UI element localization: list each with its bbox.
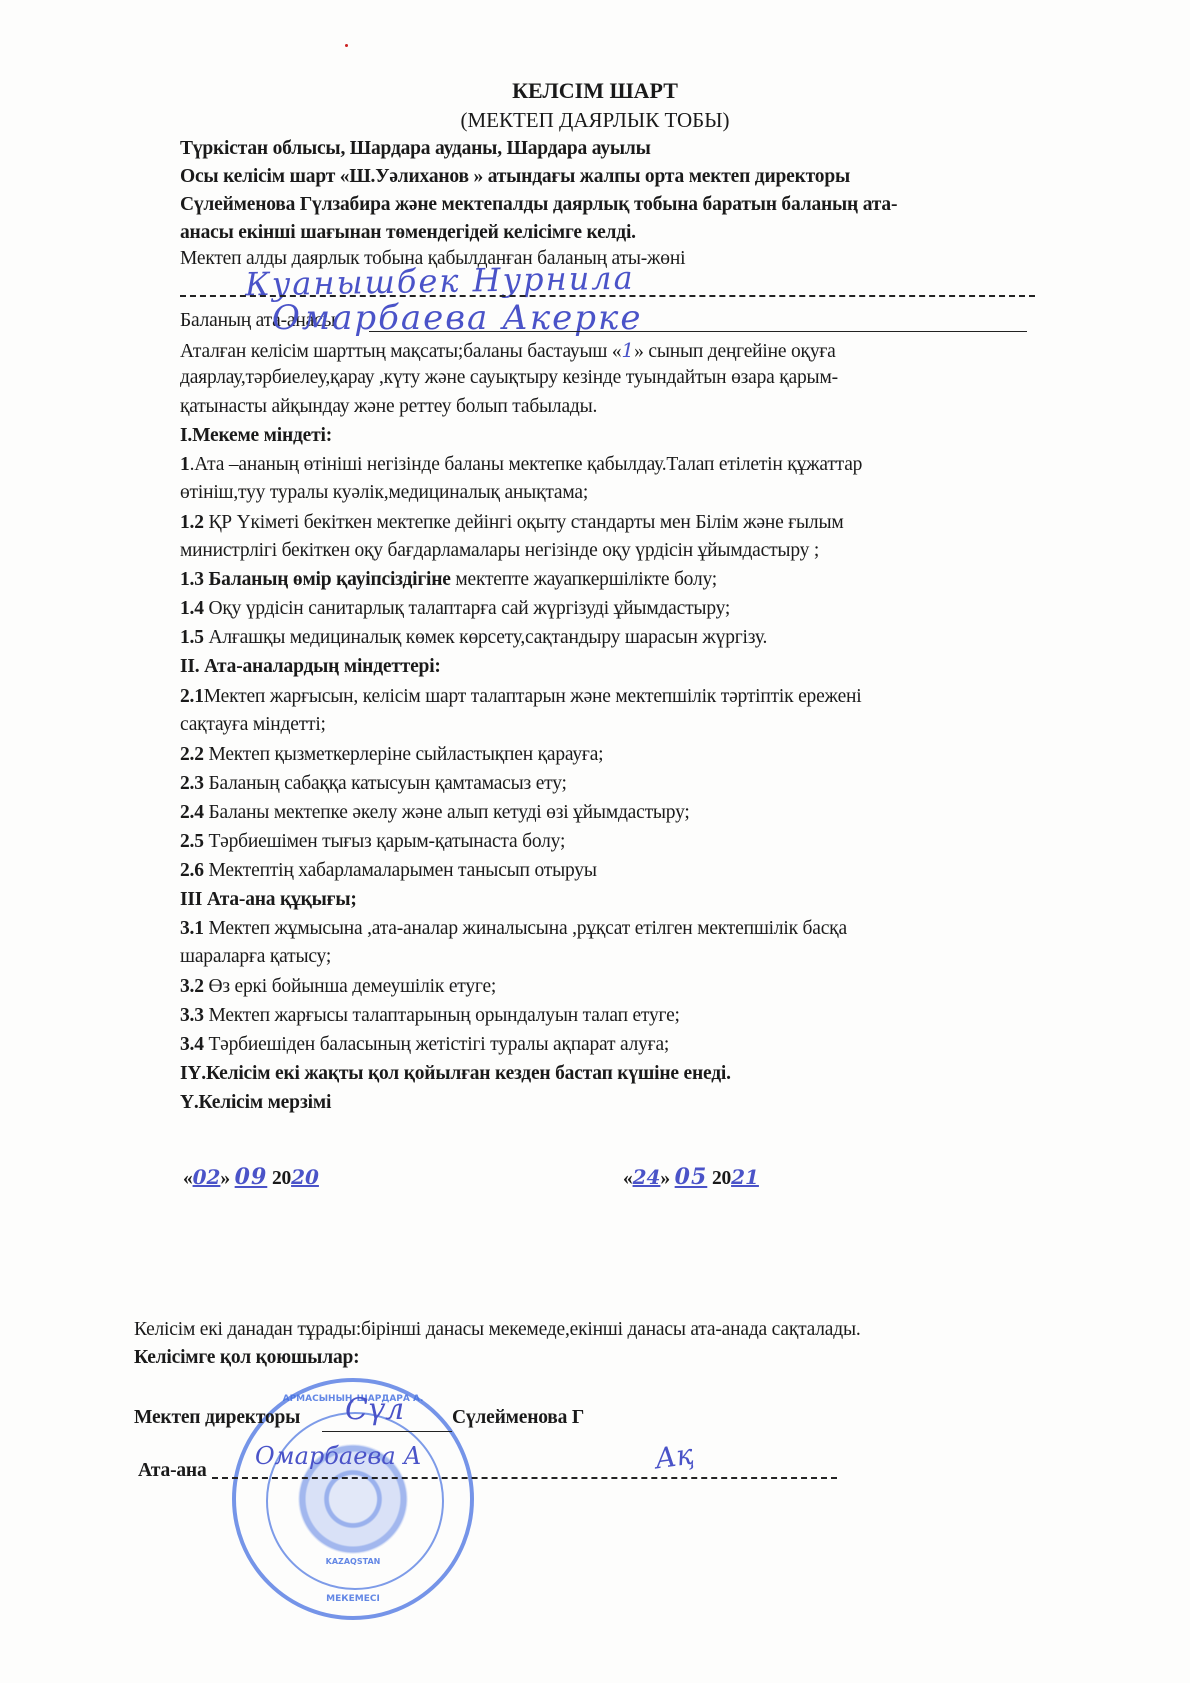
term-start-date: «02» 09 2020 (183, 1164, 319, 1190)
item-2-3: 2.3 Баланың сабаққа катысуын қамтамасыз … (180, 773, 567, 795)
end-month: 05 (675, 1164, 708, 1190)
document-title: КЕЛСІМ ШАРТ (0, 78, 1190, 104)
purpose-text-a: Аталған келісім шарттың мақсаты;баланы б… (180, 341, 621, 362)
purpose-line-1: Аталған келісім шарттың мақсаты;баланы б… (180, 338, 836, 363)
location-line: Түркістан облысы, Шардара ауданы, Шардар… (180, 138, 651, 160)
purpose-line-3: қатынасты айқындау және реттеу болып таб… (180, 396, 597, 418)
item-2-1-line-1: 2.1Мектеп жарғысын, келісім шарт талапта… (180, 686, 861, 708)
stamp-bottom-text: МЕКЕМЕСІ (236, 1594, 470, 1604)
item-1-1-line-2: өтініш,туу туралы куәлік,медициналық аны… (180, 482, 588, 504)
director-signature-line[interactable] (322, 1431, 452, 1432)
item-2-2: 2.2 Мектеп қызметкерлеріне сыйластықпен … (180, 744, 603, 766)
document-subtitle: (МЕКТЕП ДАЯРЛЫК ТОБЫ) (0, 108, 1190, 133)
term-end-date: «24» 05 2021 (623, 1164, 759, 1190)
parent-field-line[interactable] (369, 331, 1027, 332)
item-2-4: 2.4 Баланы мектепке әкелу және алып кету… (180, 802, 690, 824)
section-2-heading: ІІ. Ата-аналардың міндеттері: (180, 656, 441, 678)
item-2-1-line-2: сақтауға міндетті; (180, 714, 326, 736)
copies-note: Келісім екі данадан тұрады:бірінші данас… (134, 1319, 861, 1341)
start-day: 02 (193, 1165, 221, 1189)
section-3-heading: ІІІ Ата-ана құқығы; (180, 889, 357, 911)
item-1-3: 1.3 Баланың өмір қауіпсіздігіне мектепте… (180, 569, 717, 591)
item-1-5: 1.5 Алғашқы медициналық көмек көрсету,са… (180, 627, 767, 649)
item-1-2-line-1: 1.2 ҚР Үкіметі бекіткен мектепке дейінгі… (180, 512, 844, 534)
item-3-1-line-2: шараларға қатысу; (180, 946, 331, 968)
scan-speck (345, 44, 348, 47)
section-4-heading: ІҮ.Келісім екі жақты қол қойылған кезден… (180, 1063, 731, 1085)
intro-line-3: анасы екінші шағынан төмендегідей келісі… (180, 222, 636, 244)
grade-handwritten: 1 (621, 338, 634, 362)
parent-initials-signature: Ақ (653, 1438, 695, 1476)
section-1-heading: І.Мекеме міндеті: (180, 425, 332, 447)
purpose-line-2: даярлау,тәрбиелеу,қарау ,күту және сауық… (180, 367, 838, 389)
item-2-6: 2.6 Мектептің хабарламаларымен танысып о… (180, 860, 597, 882)
intro-line-2: Сүлейменова Гүлзабира және мектепалды да… (180, 194, 897, 216)
child-name-field-line[interactable] (180, 295, 1035, 297)
item-2-5: 2.5 Тәрбиешімен тығыз қарым-қатынаста бо… (180, 831, 565, 853)
signatories-heading: Келісімге қол қоюшылар: (134, 1347, 359, 1369)
director-name: Сүлейменова Г (452, 1407, 584, 1429)
item-1-2-line-2: министрлігі бекіткен оқу бағдарламалары … (180, 540, 819, 562)
item-1-4: 1.4 Оқу үрдісін санитарлық талаптарға са… (180, 598, 730, 620)
end-day: 24 (633, 1165, 661, 1189)
item-3-3: 3.3 Мектеп жарғысы талаптарының орындалу… (180, 1005, 680, 1027)
intro-line-1: Осы келісім шарт «Ш.Уәлиханов » атындағы… (180, 166, 850, 188)
parent-sign-label: Ата-ана (138, 1460, 207, 1482)
purpose-text-b: » сынып деңгейіне оқуға (634, 341, 835, 362)
item-3-4: 3.4 Тәрбиешіден баласының жетістігі тура… (180, 1034, 669, 1056)
parent-signature-line[interactable] (212, 1477, 837, 1479)
section-5-heading: Ү.Келісім мерзімі (180, 1092, 331, 1114)
item-3-1-line-1: 3.1 Мектеп жұмысына ,ата-аналар жиналысы… (180, 918, 847, 940)
parent-name-handwritten: Омарбаева Акерке (272, 298, 642, 338)
director-label: Мектеп директоры (134, 1407, 300, 1429)
start-month: 09 (235, 1164, 268, 1190)
director-signature: Сүл (345, 1392, 404, 1427)
stamp-center-text: KAZAQSTAN (236, 1557, 470, 1566)
item-1-1-line-1: 1.Ата –ананың өтініші негізінде баланы м… (180, 454, 862, 476)
end-year: 21 (731, 1165, 759, 1189)
parent-signature-name: Омарбаева А (255, 1442, 422, 1470)
item-3-2: 3.2 Өз еркі бойынша демеушілік етуге; (180, 976, 496, 998)
start-year: 20 (291, 1165, 319, 1189)
